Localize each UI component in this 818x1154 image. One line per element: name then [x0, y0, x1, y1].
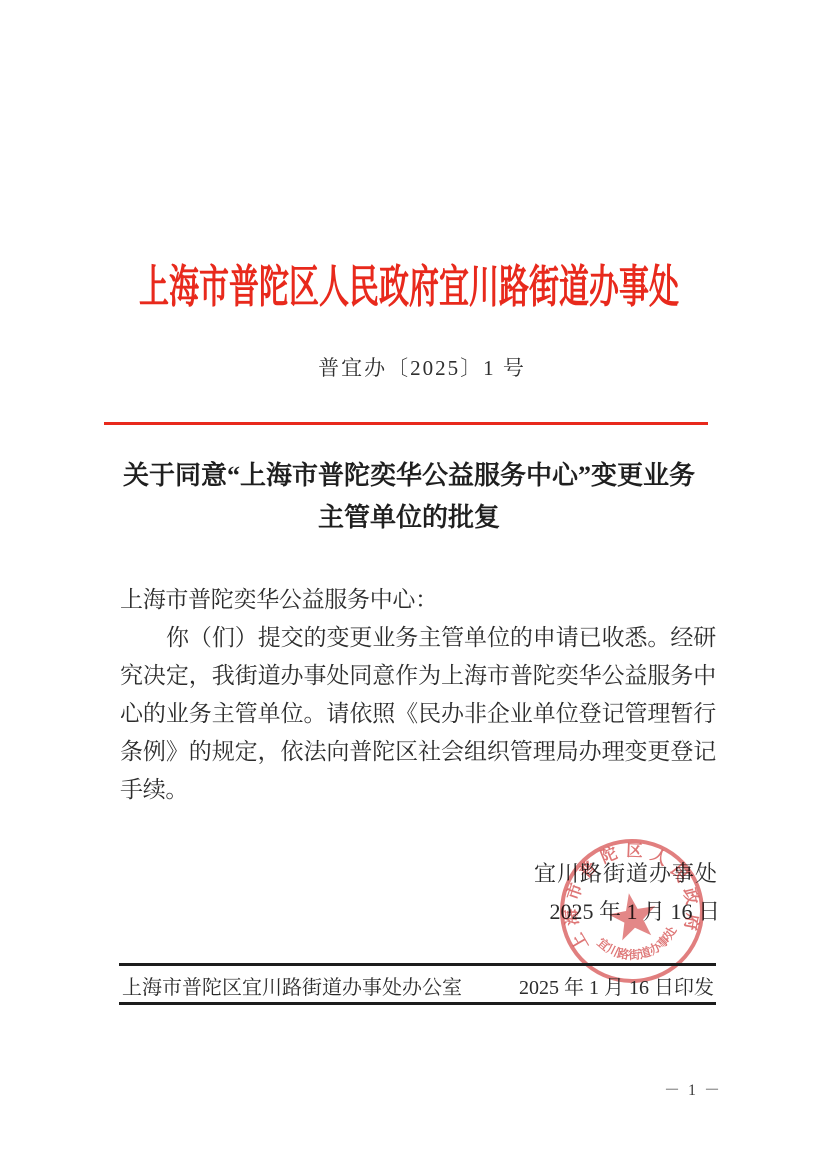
document-body: 上海市普陀奕华公益服务中心： 你（们）提交的变更业务主管单位的申请已收悉。经研究… [120, 581, 716, 809]
footer: 上海市普陀区宜川路街道办事处办公室 2025 年 1 月 16 日印发 [122, 971, 714, 1000]
document-title: 关于同意“上海市普陀奕华公益服务中心”变更业务 主管单位的批复 [0, 455, 818, 539]
signature-date: 2025 年 1 月 16 日 [549, 895, 720, 926]
footer-rule-bottom [119, 1002, 716, 1005]
document-number: 普宜办〔2025〕1 号 [13, 352, 818, 382]
scanned-official-document: { "header": { "issuer": "上海市普陀区人民政府宜川路街道… [0, 0, 818, 1154]
footer-rule-top [119, 963, 716, 966]
document-title-line2: 主管单位的批复 [0, 497, 818, 539]
document-title-line1: 关于同意“上海市普陀奕华公益服务中心”变更业务 [0, 455, 818, 497]
signature-org: 宜川路街道办事处 [534, 857, 718, 888]
footer-print-date: 2025 年 1 月 16 日印发 [519, 971, 714, 1000]
letterhead-issuer: 上海市普陀区人民政府宜川路街道办事处 [0, 266, 818, 311]
seal-bottom-text: 宜川路街道办事处 [593, 922, 684, 969]
red-separator-line [104, 422, 708, 425]
page-number: － 1 － [664, 1077, 722, 1100]
body-paragraph: 你（们）提交的变更业务主管单位的申请已收悉。经研究决定，我街道办事处同意作为上海… [120, 619, 716, 809]
footer-office: 上海市普陀区宜川路街道办事处办公室 [122, 971, 462, 1000]
seal-ring-text: 上海市普陀区人民政府 [549, 830, 708, 956]
salutation: 上海市普陀奕华公益服务中心： [120, 581, 716, 619]
